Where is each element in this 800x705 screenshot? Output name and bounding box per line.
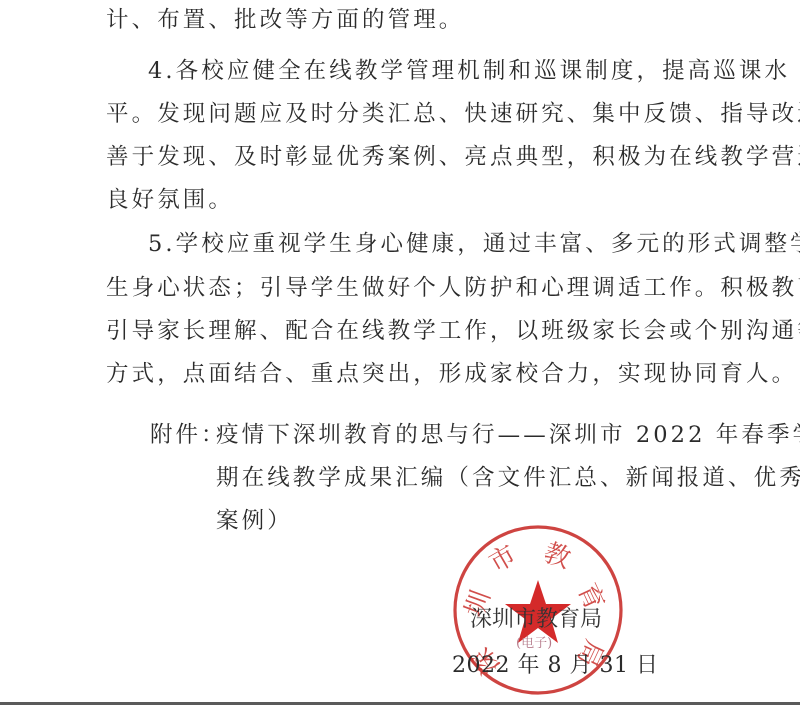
attachment-line-2: 期在线教学成果汇编（含文件汇总、新闻报道、优秀 [216, 463, 800, 493]
paragraph-5-line-2: 生身心状态；引导学生做好个人防护和心理调适工作。积极教育、 [106, 273, 800, 303]
paragraph-5-line-3: 引导家长理解、配合在线教学工作，以班级家长会或个别沟通等 [106, 316, 800, 346]
paragraph-4-line-4: 良好氛围。 [106, 185, 234, 215]
document-page: 计、布置、批改等方面的管理。 4.各校应健全在线教学管理机制和巡课制度，提高巡课… [0, 0, 800, 702]
attachment-line-3: 案例） [216, 506, 293, 536]
paragraph-5-line-4: 方式，点面结合、重点突出，形成家校合力，实现协同育人。 [106, 359, 797, 389]
paragraph-4-line-3: 善于发现、及时彰显优秀案例、亮点典型，积极为在线教学营造 [106, 142, 800, 172]
paragraph-3-tail: 计、布置、批改等方面的管理。 [106, 5, 464, 35]
svg-text:教: 教 [540, 538, 575, 575]
attachment-line-1: 疫情下深圳教育的思与行——深圳市 2022 年春季学 [216, 420, 800, 450]
svg-text:市: 市 [484, 540, 522, 579]
issuer-name: 深圳市教育局 [470, 606, 602, 634]
paragraph-5-line-1: 5.学校应重视学生身心健康，通过丰富、多元的形式调整学 [148, 229, 800, 259]
paragraph-4-line-2: 平。发现问题应及时分类汇总、快速研究、集中反馈、指导改进。 [106, 99, 800, 129]
paragraph-4-line-1: 4.各校应健全在线教学管理机制和巡课制度，提高巡课水 [148, 56, 790, 86]
issue-date: 2022 年 8 月 31 日 [452, 652, 658, 680]
electronic-note: (电子) [516, 636, 552, 652]
